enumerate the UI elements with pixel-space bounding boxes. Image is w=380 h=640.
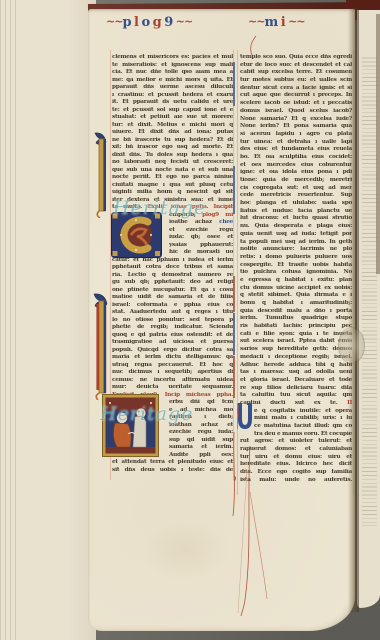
manuscript-text-line: pparauit dñs uermē ascēsu diluculi (112, 84, 233, 92)
body-text: tur: et dixit. Melius ē michi mori q̄ (112, 122, 233, 128)
body-text: pphetauit cōtra decē tribus et sama (112, 264, 233, 270)
manuscript-text-line: Adhuc heredē adducā tibi q̄ habi (240, 362, 352, 370)
manuscript-text-line: ciuitati magne ī qua sūt plusq̄ cētū (112, 182, 233, 190)
body-text: tur uirū et domū eius: uirū et (240, 454, 352, 460)
manuscript-text-line: captiui ducti sūt ex te. II (240, 400, 352, 408)
manuscript-text-line: ezechie regū iuda: (169, 429, 233, 437)
manuscript-text-line: ierlm̄. Tumultus quadrige stupo (240, 315, 352, 323)
body-text: ne bñ irasceris tu sup hedera? Et di (112, 137, 233, 143)
body-text: mini malū ī cubilib; uris: ī lu (254, 415, 352, 421)
text-showthrough (362, 56, 377, 526)
manuscript-text-line: ioathē achaz chee (169, 219, 233, 227)
manuscript-text-line: cedē meretricis reuertentur. Sup (240, 192, 352, 200)
body-text: q̄ stetit sibimet. Quia īfirmata ē ī (240, 292, 352, 298)
ruling-line (233, 50, 234, 480)
body-text: sarios sup hereditatē geth: domos (240, 346, 352, 352)
manuscript-text-line: populī. Quicq̄d ergo dicitur cōtra sa (112, 347, 233, 355)
body-text: cati ē filie syon: quia ī te inuēta (240, 331, 352, 337)
body-text: quia descēdit malū a dño ī portā (240, 308, 352, 314)
body-text: stuabat: et petiuit aīe sue ut morere (112, 114, 233, 120)
manuscript-text-line: ē egressa q̄ habitat ī exitu: plan (240, 277, 352, 285)
paraph-flourish: ~~ (288, 15, 304, 28)
body-text: stat. Aīaduertēdū aūt q̄ reges ī titu (112, 309, 233, 315)
manuscript-text-line: lut draconū: et luctū quasi strutio (240, 215, 352, 223)
manuscript-text-line: pphetauit cōtra decē tribus et sama (112, 264, 233, 272)
body-text: que sub una nocte nata ē et sub una (112, 167, 233, 173)
body-text: matiōe uidit de samaria et de filiis (112, 294, 233, 300)
body-text: dixit dñs. Tu doles sup hederā ī qua (112, 152, 233, 158)
body-text: Audite ppli oēs: (169, 452, 233, 458)
body-text: hereditatē eius. Idcirco hec dicit (240, 461, 352, 467)
manuscript-text-line: et attendat terra et plenitudo eius: et (112, 459, 233, 467)
running-header-left: ~~plog9~~ (106, 15, 192, 30)
body-text: mur: deuicta ueritate sequamur. (112, 384, 233, 390)
rubric-text: plog9 mi (202, 212, 233, 218)
manuscript-text-line: phetie de regib; indicātur. Sciendū (112, 324, 233, 332)
manuscript-text-line: gū sub q̄b; pphetauit: deo ad religi (112, 279, 233, 287)
body-text: etur de loco suo: et descendet et cal (240, 62, 352, 68)
manuscript-text-line: si aceruū lapidū ī agro cū plāta (240, 131, 352, 139)
manuscript-text-line: bo. Et oīa sculptilia eius cōcidēt: (240, 154, 352, 162)
body-text: nocte periit. Et ego nō parcā niniue (112, 174, 233, 180)
manuscript-text-line: cabit sup excelsa terre. Et cōsumen (240, 69, 352, 77)
body-text: ris habitāti lachis: principiū pec (240, 323, 352, 329)
body-text: samariā et ierlm̄. (169, 444, 233, 450)
body-text: onē ptinēte nūcupatur. Et q̄a ī cōsu (112, 287, 233, 293)
body-text: te miseratiōis: et ignoscens sup mali (112, 62, 233, 68)
body-text: emporib; (169, 212, 202, 218)
manuscript-text-line: cis cōgregata sūt: et usq̄ ad mer (240, 185, 352, 193)
manuscript-text-line: dixit dñs. Tu doles sup hederā ī qua (112, 152, 233, 160)
manuscript-text-line: ce matutina faciūt illud: q̄m cō (254, 423, 352, 431)
body-text: cedē meretricis reuertentur. Sup (240, 192, 352, 198)
manuscript-text-line: et gloria israel. Decaluare et tōde (240, 377, 352, 385)
body-text: ta multa. (112, 204, 147, 210)
manuscript-text-line: xit: bñ irascor ego usq̄ ad mortē. Et (112, 144, 233, 152)
manuscript-text-line: clemens et misericors es: paciēs et mul (112, 54, 233, 62)
body-text: tas ī maresa: usq̄ ad odollā ueni (240, 369, 352, 375)
body-text: it. Et pparauit ds uētū calidū et urē (112, 99, 233, 105)
manuscript-text-line: bonū q̄ habitat ī amaritudinib;: (240, 300, 352, 308)
body-text: tionē: quia de mercedib; meretri (240, 177, 352, 183)
manuscript-text-line: israel: cōformata ē pphīa eius cō (112, 302, 233, 310)
chapter-initial-V (236, 401, 252, 433)
body-text: ē ad micheā mo (169, 407, 233, 413)
body-text: gū sub q̄b; pphetauit: deo ad religi (112, 279, 233, 285)
body-text: re sup filios deliciarū tuarū: dila (240, 385, 352, 391)
body-text: ce matutina faciūt illud: q̄m cō (254, 423, 352, 429)
body-text: utraq̄ regna peccauerūt. Et hoc q̄ (112, 362, 233, 368)
header-letter: 9 (164, 15, 176, 30)
body-text: uiuere. Et dixit dñs ad ionā: putas (112, 129, 233, 135)
body-text: captiui ducti sūt ex te. (240, 400, 347, 406)
manuscript-text-line: des eius: et fundamēta eius reuela (240, 146, 352, 154)
manuscript-text-line: iuda: q̄b; osee et (169, 234, 233, 242)
manuscript-text-line: sit dñs deus uobis ī testē: dñs de (112, 467, 233, 475)
manuscript-text-line: liatus et nudus: faciā planctū ue (240, 208, 352, 216)
body-text: quoq̄ ē q̄d patriā eius ostendit: et de (112, 332, 233, 338)
body-text: me: q̄a melior ē michi mors q̄ uita. Et (112, 77, 233, 83)
body-text: mariā et ierlm̄ dictū ītelligamus: q̄a (112, 354, 233, 360)
manuscript-text-line: hic de morasti uo (169, 249, 233, 257)
manuscript-text-line: cemus: ne incertū affirmatū uidea (112, 377, 233, 385)
manuscript-text-line: tio pulchra cōfusa ignominia. Nō (240, 269, 352, 277)
body-text: populī. Quicq̄d ergo dicitur cōtra sa (112, 347, 233, 353)
body-text: tē: et pcussit sol sup capud ione et e (112, 107, 233, 113)
body-text: et attendat terra et plenitudo eius: et (112, 459, 233, 465)
manuscript-text-line: rasthen̄ ī dieb; (169, 414, 233, 422)
manuscript-text-line: cōspergite. Et trāsite uobis habita (240, 262, 352, 270)
body-text: rasthen̄ ī dieb; (169, 414, 233, 420)
manuscript-text-line: īter dexterā et sinistrā suā: et iumē (112, 197, 233, 205)
ruling-line (353, 50, 354, 495)
manuscript-text-line: tra deū ē manus eorū. Et cōcupie (254, 431, 352, 439)
body-text: tra deū ē manus eorū. Et cōcupie (254, 431, 352, 437)
leaf-edges (0, 0, 20, 640)
body-text: sit dñs deus uobis ī testē: dñs de (112, 467, 233, 473)
body-text: istā malū: unde nō auferetis. (240, 477, 352, 483)
manuscript-text-line: et oēs mercedes eius cōburentur (240, 162, 352, 170)
manuscript-text-line: ī crastinū: et pcussit hederā et exaru (112, 92, 233, 100)
body-text: cabit sup excelsa terre. Et cōsumen (240, 69, 352, 75)
manuscript-text-line: retis: ī domo pulueris puluere uos (240, 254, 352, 262)
body-text: hoc plangā et ululabo: uadā spo (240, 200, 352, 206)
prologue-body: catur: et hāc pphīam ī iudeā et ierlm̄pp… (112, 257, 233, 392)
manuscript-text-line: samariā et ierlm̄. (169, 444, 233, 452)
body-text: lo nō otiose ponūtur: sed tēpora p (112, 317, 233, 323)
body-text: erbū dñi q̄d fcm̄ (169, 399, 233, 405)
manuscript-text-line: sarios sup hereditatē geth: domos (240, 346, 352, 354)
header-letter: g (153, 15, 165, 30)
body-text: cut aque que decurrūt ī preceps. In (240, 92, 352, 98)
body-text: bo. Et oīa sculptilia eius cōcidēt: (240, 154, 352, 160)
micah-chapter-2-opening: e q̄ cogitatis inutile: et operamini mal… (240, 408, 352, 439)
manuscript-text-line: hereditatē eius. Idcirco hec dicit (240, 461, 352, 469)
manuscript-text-line: quoq̄ ē q̄d patriā eius ostendit: et de (112, 332, 233, 340)
body-text: Nōne samaria? Et q̄ excelsa iude? (240, 116, 352, 122)
manuscript-text-line: Audite ppli oēs: (169, 452, 233, 460)
body-text: tur uinea: et detrahā ī uallē lapi (240, 139, 352, 145)
body-text: cia. Et nūc dñe tolle q̄so aīam meā a (112, 69, 233, 75)
manuscript-text-line: que sub una nocte nata ē et sub una (112, 167, 233, 175)
body-text: scelere iacob oē istud: et ī peccatis (240, 100, 352, 106)
text-column-right: templo scō suo. Quia ecce dñs egredietur… (240, 54, 352, 485)
manuscript-text-line: q̄ stetit sibimet. Quia īfirmata ē ī (240, 292, 352, 300)
body-text: bonū q̄ habitat ī amaritudinib;: (240, 300, 352, 306)
manuscript-text-line: sup q̄d uidit sup (169, 437, 233, 445)
body-text: īter dexterā et sinistrā suā: et iumē (112, 197, 233, 203)
manuscript-text-line: stat. Aīaduertēdū aūt q̄ reges ī titu (112, 309, 233, 317)
body-text: quia uenit usq̄ ad iudā: tetigit por (240, 231, 352, 237)
body-text: dñs. Ecce ego cogito sup familiā (240, 469, 352, 475)
manuscript-text-line: tur uinea: et detrahā ī uallē lapi (240, 139, 352, 147)
manuscript-text-line: nolite ānunciare: lacrimis ne plo (240, 246, 352, 254)
manuscript-text-line: it. Et pparauit ds uētū calidū et urē (112, 99, 233, 107)
manuscript-text-line: ioathan achaz et (169, 422, 233, 430)
illuminated-initial-V-miniature (102, 394, 159, 457)
manuscript-text-line: me: q̄a melior ē michi mors q̄ uita. Et (112, 77, 233, 85)
body-text: israel: cōformata ē pphīa eius cō (112, 302, 233, 308)
header-letter: l (134, 15, 141, 30)
manuscript-text-line: nū. Quia desperata ē plaga eius: (240, 223, 352, 231)
margin-bar-ornament-dragon (92, 130, 110, 218)
manuscript-text-line: rūt agros: et uiolēter tulerūt: et (240, 438, 352, 446)
manuscript-text-line: ē ad micheā mo (169, 407, 233, 415)
body-text: hic de morasti uo (169, 249, 233, 255)
manuscript-text-line: tionē: quia de mercedib; meretri (240, 177, 352, 185)
manuscript-text-line: onē ptinēte nūcupatur. Et q̄a ī cōsu (112, 287, 233, 295)
manuscript-text-line: cati ē filie syon: quia ī te inuēta (240, 331, 352, 339)
manuscript-text-line: et ezechie regū (169, 227, 233, 235)
body-text: cōspergite. Et trāsite uobis habita (240, 262, 352, 268)
manuscript-text-line: erbū dñi q̄d fcm̄ (169, 399, 233, 407)
body-text: riā. Lectio q̄ demōstrat numero re (112, 272, 233, 278)
cover-edge-sliver (376, 14, 380, 274)
body-text: domus israel. Quod scelus iacob? (240, 108, 352, 114)
header-letter: o (141, 15, 152, 30)
body-text: nū. Quia desperata ē plaga eius: (240, 223, 352, 229)
manuscript-text-line: emporib; plog9 mi (169, 212, 233, 220)
manuscript-text-line: matiōe uidit de samaria et de filiis (112, 294, 233, 302)
body-text: ysaias pphauerūt: (169, 242, 233, 248)
body-text: nolite ānunciare: lacrimis ne plo (240, 246, 352, 252)
manuscript-text-line: mur: deuicta ueritate sequamur. (112, 384, 233, 392)
body-text: tā populi mei usq̄ ad ierlm̄. In geth (240, 239, 352, 245)
manuscript-text-line: istā malū: unde nō auferetis. (240, 477, 352, 485)
manuscript-text-line: domus israel. Quod scelus iacob? (240, 108, 352, 116)
paraph-flourish: ~~ (106, 15, 122, 28)
manuscript-text-line: tur mōtes subtus eū: et ualles scin (240, 77, 352, 85)
body-text: cis cōgregata sūt: et usq̄ ad mer (240, 185, 352, 191)
manuscript-text-line: trāsmigratiōe ad uiciosa et puersa (112, 339, 233, 347)
body-text: uiginti milia hoīm q̄ nesciūt q̄d sit (112, 189, 233, 195)
manuscript-text-line: ta caluitiū tuū sicut aquila: q̄m (240, 392, 352, 400)
body-text: nūc dicimus ī sequētib; apertius di (112, 369, 233, 375)
manuscript-text-line: quia descēdit malū a dño ī portā (240, 308, 352, 316)
manuscript-text-line: mēdacii ī deceptionē regib; israel. (240, 354, 352, 362)
manuscript-text-line: mariā et ierlm̄ dictū ītelligamus: q̄a (112, 354, 233, 362)
manuscript-text-line: tā populi mei usq̄ ad ierlm̄. In geth (240, 239, 352, 247)
body-text: cemus: ne incertū affirmatū uidea (112, 377, 233, 383)
body-text: phetie de regib; indicātur. Sciendū (112, 324, 233, 330)
manuscript-text-line: stuabat: et petiuit aīe sue ut morere (112, 114, 233, 122)
manuscript-text-line: Nōne samaria? Et q̄ excelsa iude? (240, 116, 352, 124)
body-text: ezechie regū iuda: (169, 429, 233, 435)
manuscript-text-line: tē: et pcussit sol sup capud ione et e (112, 107, 233, 115)
margin-bar-ornament-dragon (90, 290, 112, 400)
manuscript-text-line: scelere iacob oē istud: et ī peccatis (240, 100, 352, 108)
manuscript-text-line: tas ī maresa: usq̄ ad odollā ueni (240, 369, 352, 377)
manuscript-text-line: templo scō suo. Quia ecce dñs egredi (240, 54, 352, 62)
body-text: et ezechie regū (169, 227, 233, 233)
manuscript-text-line: tur uirū et domū eius: uirū et (240, 454, 352, 462)
manuscript-text-line: quia uenit usq̄ ad iudā: tetigit por (240, 231, 352, 239)
body-text: et oēs mercedes eius cōburentur (240, 162, 352, 168)
body-text: rapuerūt domos: et calūniaban (240, 446, 352, 452)
manuscript-text-line: etur de loco suo: et descendet et cal (240, 62, 352, 70)
manuscript-text-line: hoc plangā et ululabo: uadā spo (240, 200, 352, 208)
body-text: tio pulchra cōfusa ignominia. Nō (240, 269, 352, 275)
body-text: sūt scelera israel. Pptea dabit emis (240, 338, 352, 344)
manuscript-text-line: Nōne ierlm̄? Et ponā samariā qua (240, 123, 352, 131)
micah-chapter-2-body: rūt agros: et uiolēter tulerūt: etrapuer… (240, 438, 352, 484)
body-text: lut draconū: et luctū quasi strutio (240, 215, 352, 221)
rubric-text: Explic ionas ppha. Incipit (147, 204, 233, 210)
manuscript-text-line: nocte periit. Et ego nō parcā niniue (112, 174, 233, 182)
header-letter: p (122, 15, 134, 30)
body-text: ī crastinū: et pcussit hederā et exaru (112, 92, 233, 98)
left-page-stack (0, 0, 96, 640)
manuscript-text-line: te miseratiōis: et ignoscens sup mali (112, 62, 233, 70)
manuscript-text-line: ne bñ irasceris tu sup hedera? Et di (112, 137, 233, 145)
jonah-ending: clemens et misericors es: paciēs et mult… (112, 54, 233, 212)
body-text: Nōne ierlm̄? Et ponā samariā qua (240, 123, 352, 129)
rubric-text: II (347, 400, 352, 406)
manuscript-text-line: uiuere. Et dixit dñs ad ionā: putas (112, 129, 233, 137)
body-text: ioathē achaz (169, 219, 219, 225)
manuscript-text-line: riā. Lectio q̄ demōstrat numero re (112, 272, 233, 280)
body-text: clemens et misericors es: paciēs et mul (112, 54, 233, 60)
body-text: Adhuc heredē adducā tibi q̄ habi (240, 362, 352, 368)
manuscript-text-line: e q̄ cogitatis inutile: et opera (254, 408, 352, 416)
micah-continuation: et attendat terra et plenitudo eius: ets… (112, 459, 233, 474)
manuscript-text-line: ysaias pphauerūt: (169, 242, 233, 250)
body-text: trāsmigratiōe ad uiciosa et puersa (112, 339, 233, 345)
manuscript-text-line: tur: et dixit. Melius ē michi mori q̄ (112, 122, 233, 130)
running-header-right: ~~mi~~ (248, 15, 305, 30)
header-letter: m (264, 15, 280, 30)
manuscript-text-line: cut aque que decurrūt ī preceps. In (240, 92, 352, 100)
rubric-text: chee (219, 219, 233, 225)
manuscript-text-line: lo nō otiose ponūtur: sed tēpora p (112, 317, 233, 325)
body-text: ciuitati magne ī qua sūt plusq̄ cētū (112, 182, 233, 188)
body-text: et gloria israel. Decaluare et tōde (240, 377, 352, 383)
body-text: e q̄ cogitatis inutile: et opera (254, 408, 352, 414)
body-text: ierlm̄. Tumultus quadrige stupo (240, 315, 352, 321)
body-text: ta caluitiū tuū sicut aquila: q̄m (240, 392, 352, 398)
body-text: dentur sicut cera a facie ignis: et si (240, 85, 352, 91)
body-text: iuda: q̄b; osee et (169, 234, 233, 240)
body-text: sup q̄d uidit sup (169, 437, 233, 443)
manuscript-text-line: re sup filios deliciarū tuarū: dila (240, 385, 352, 393)
manuscript-text-line: uiginti milia hoīm q̄ nesciūt q̄d sit (112, 189, 233, 197)
body-text: rūt agros: et uiolēter tulerūt: et (240, 438, 352, 444)
paraph-flourish: ~~ (248, 15, 264, 28)
body-text: mēdacii ī deceptionē regib; israel. (240, 354, 352, 360)
body-text: nō laborasti neq̄ fecisti ut cresceret: (112, 159, 233, 165)
body-text: ē egressa q̄ habitat ī exitu: plan (240, 277, 352, 283)
body-text: templo scō suo. Quia ecce dñs egredi (240, 54, 352, 60)
manuscript-text-line: ris habitāti lachis: principiū pec (240, 323, 352, 331)
manuscript-text-line: rapuerūt domos: et calūniaban (240, 446, 352, 454)
manuscript-text-line: mini malū ī cubilib; uris: ī lu (254, 415, 352, 423)
body-text: si aceruū lapidū ī agro cū plāta (240, 131, 352, 137)
manuscript-text-line: dentur sicut cera a facie ignis: et si (240, 85, 352, 93)
embossed-seal-watermark (338, 327, 365, 364)
manuscript-text-line: nūc dicimus ī sequētib; apertius di (112, 369, 233, 377)
manuscript-text-line: nō laborasti neq̄ fecisti ut cresceret: (112, 159, 233, 167)
body-text: des eius: et fundamēta eius reuela (240, 146, 352, 152)
body-text: ioathan achaz et (169, 422, 233, 428)
manuscript-text-line: ctū domus uicine accipiet ex uobis: (240, 285, 352, 293)
manuscript-text-line: ta multa. Explic ionas ppha. Incipit (112, 204, 233, 212)
body-text: igne: et oīa idola eius ponā ī pdi (240, 169, 352, 175)
manuscript-text-line: cia. Et nūc dñe tolle q̄so aīam meā a (112, 69, 233, 77)
body-text: ctū domus uicine accipiet ex uobis: (240, 285, 352, 291)
body-text: retis: ī domo pulueris puluere uos (240, 254, 352, 260)
manuscript-text-line: sūt scelera israel. Pptea dabit emis (240, 338, 352, 346)
manuscript-text-line: utraq̄ regna peccauerūt. Et hoc q̄ (112, 362, 233, 370)
body-text: pparauit dñs uermē ascēsu diluculi (112, 84, 233, 90)
illuminated-initial-T (111, 212, 162, 258)
manuscript-text-line: dñs. Ecce ego cogito sup familiā (240, 469, 352, 477)
manuscript-text-line: igne: et oīa idola eius ponā ī pdi (240, 169, 352, 177)
body-text: xit: bñ irascor ego usq̄ ad mortē. Et (112, 144, 233, 150)
body-text: tur mōtes subtus eū: et ualles scin (240, 77, 352, 83)
paraph-flourish: ~~ (176, 15, 192, 28)
micah-chapter-1: templo scō suo. Quia ecce dñs egredietur… (240, 54, 352, 408)
body-text: liatus et nudus: faciā planctū ue (240, 208, 352, 214)
